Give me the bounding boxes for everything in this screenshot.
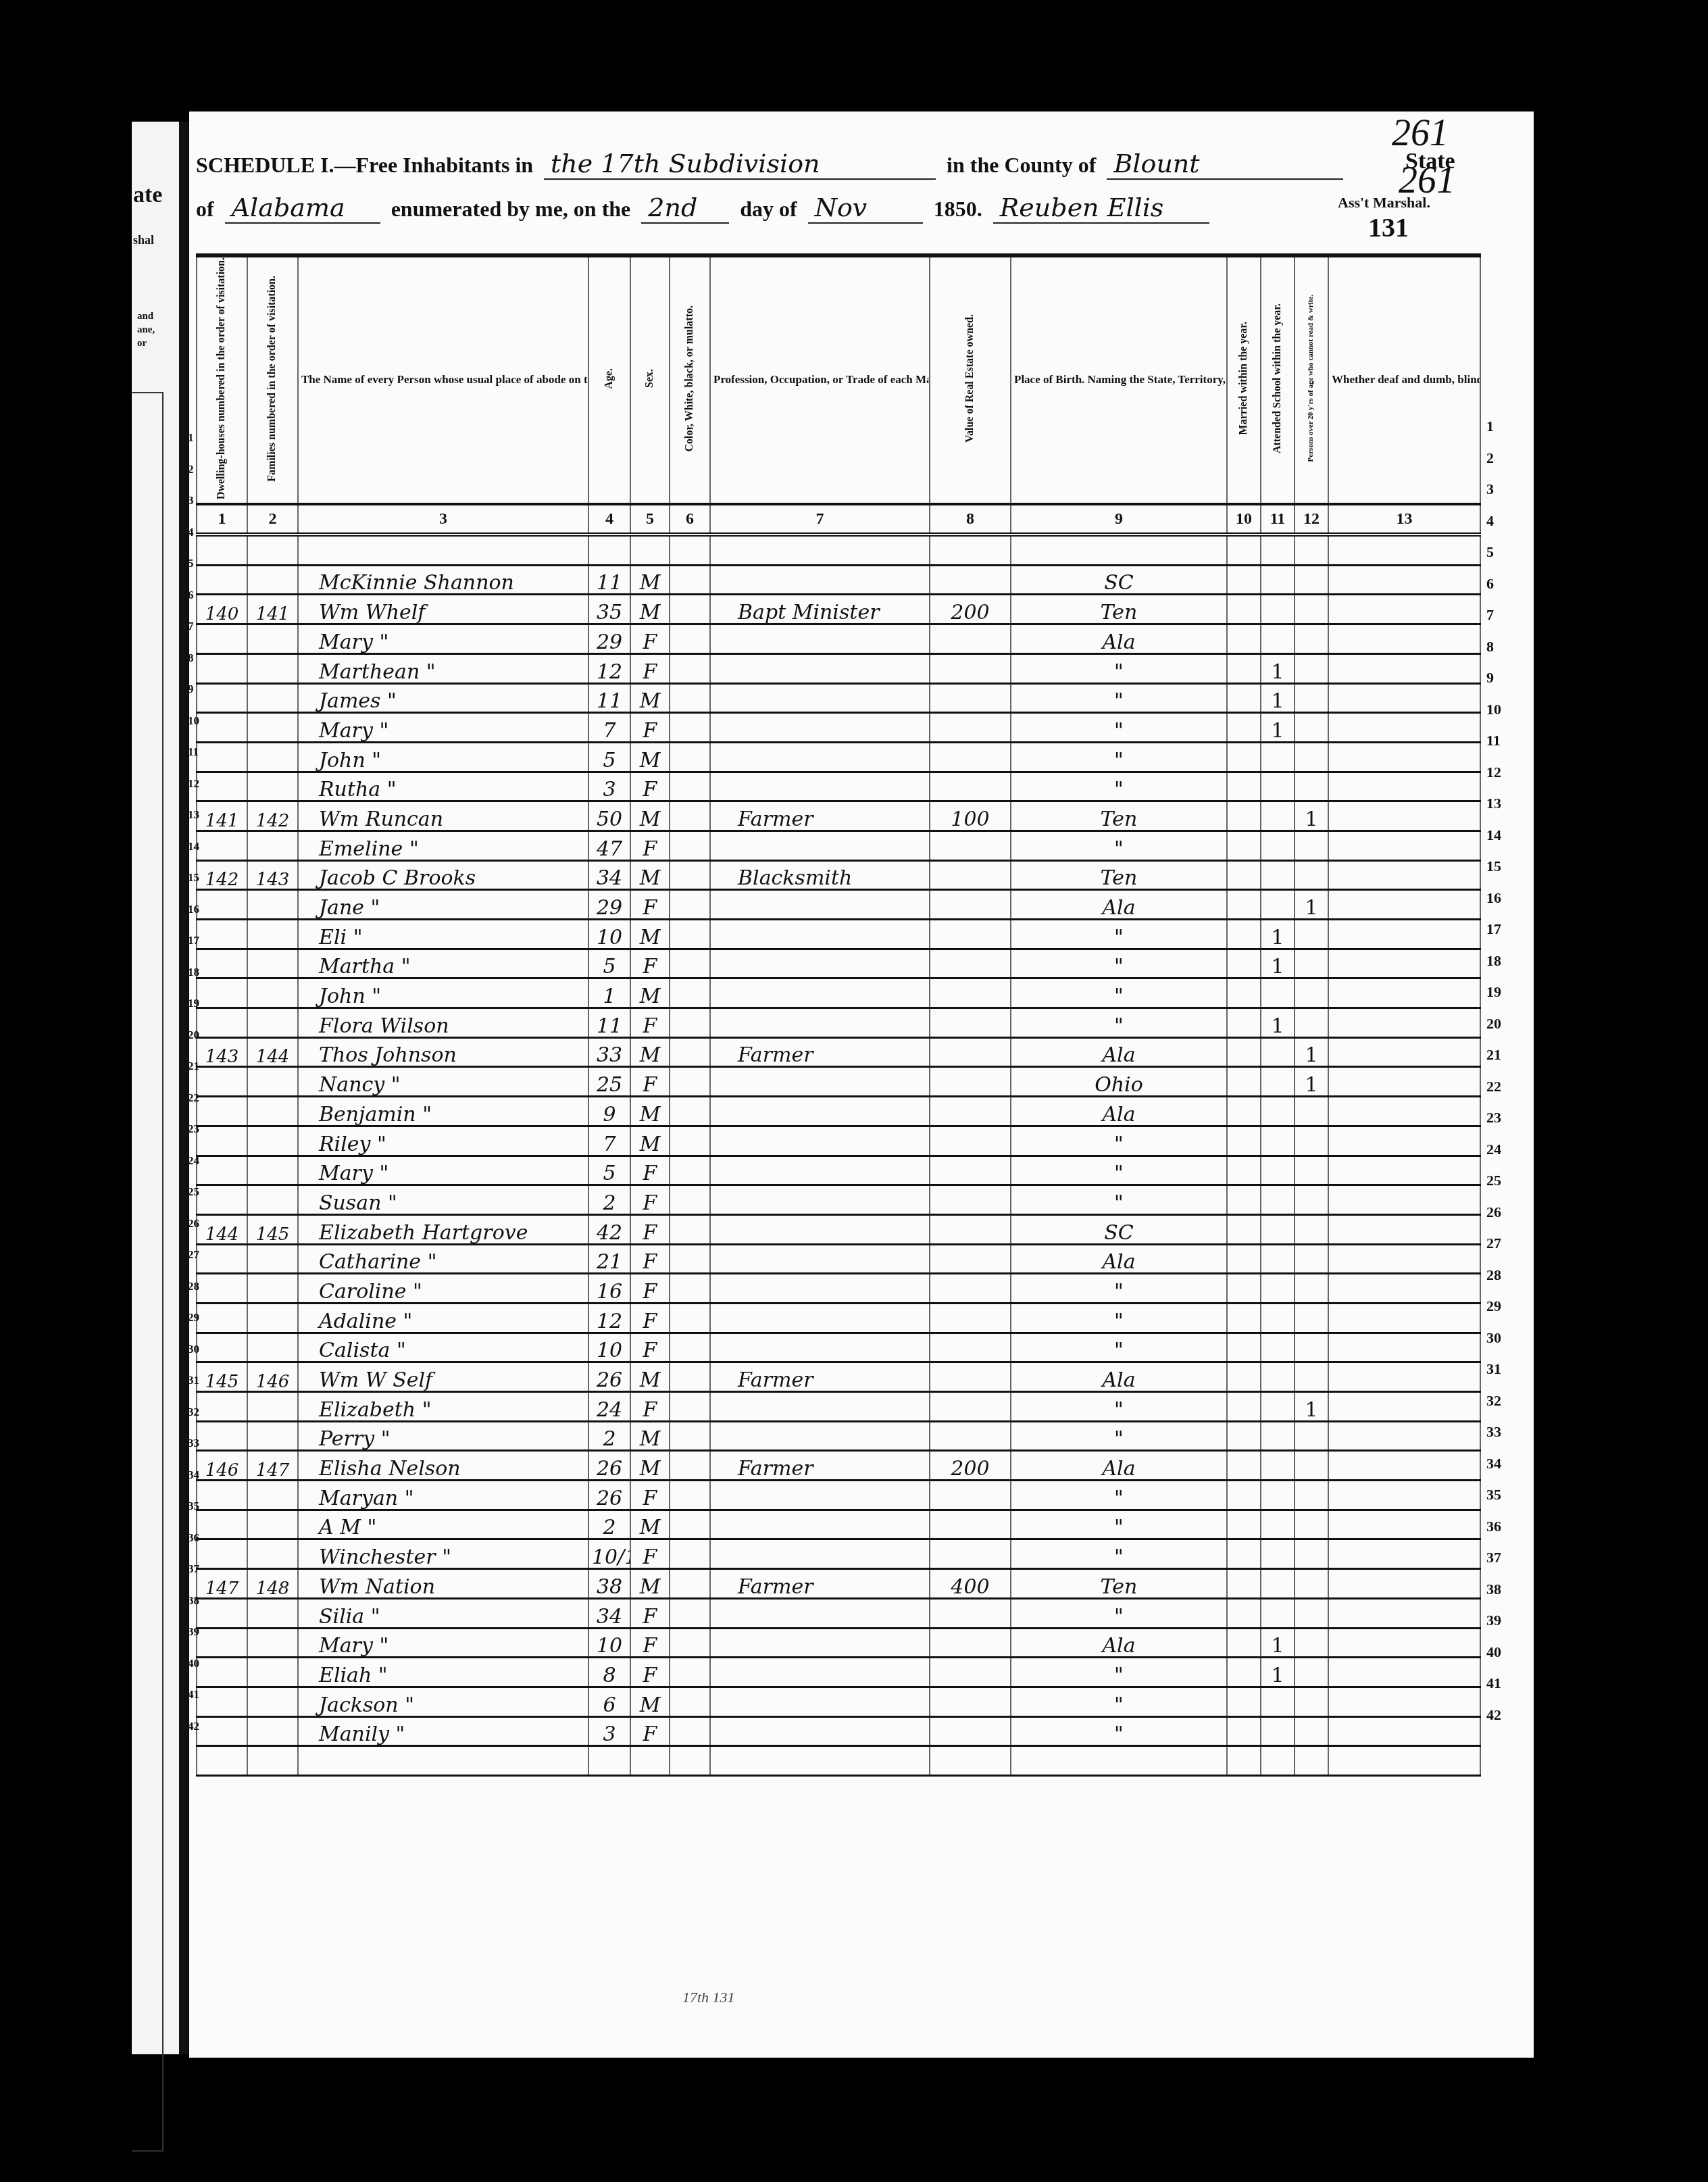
table-row xyxy=(197,535,1480,565)
condition xyxy=(1328,1687,1480,1716)
condition xyxy=(1328,1392,1480,1422)
married-mark xyxy=(1227,890,1261,920)
condition xyxy=(1328,949,1480,978)
dwelling-number xyxy=(197,742,247,772)
real-estate-value xyxy=(930,713,1011,743)
county-field: Blount xyxy=(1107,149,1343,180)
line-number-left: 38 xyxy=(188,1594,197,1608)
birthplace: " xyxy=(1011,713,1227,743)
col-header-age: Age. xyxy=(588,255,630,504)
illiterate-mark xyxy=(1295,1598,1328,1628)
line-number-right: 2 xyxy=(1486,449,1494,467)
person-name: Jackson " xyxy=(298,1687,588,1716)
married-mark xyxy=(1227,624,1261,654)
person-name: Elizabeth " xyxy=(298,1392,588,1422)
line-number-right: 19 xyxy=(1486,983,1501,1001)
line-number-left: 19 xyxy=(188,997,197,1010)
illiterate-mark xyxy=(1295,1421,1328,1451)
line-number-left: 8 xyxy=(188,651,197,665)
occupation: Blacksmith xyxy=(710,860,930,890)
family-number xyxy=(247,1156,298,1185)
illiterate-mark xyxy=(1295,653,1328,683)
line-number-left: 32 xyxy=(188,1406,197,1419)
illiterate-mark xyxy=(1295,1156,1328,1185)
age: 6 xyxy=(588,1687,630,1716)
family-number xyxy=(247,1008,298,1038)
school-mark: 1 xyxy=(1261,653,1295,683)
line-number-left: 16 xyxy=(188,903,197,916)
line-number-right: 5 xyxy=(1486,543,1494,561)
age: 12 xyxy=(588,653,630,683)
family-number xyxy=(247,949,298,978)
color xyxy=(670,978,710,1008)
real-estate-value xyxy=(930,1097,1011,1126)
sex: M xyxy=(630,1126,670,1156)
real-estate-value xyxy=(930,920,1011,949)
table-row: 141142Wm Runcan50MFarmer100Ten1 xyxy=(197,801,1480,831)
enumerated-label: enumerated by me, on the xyxy=(391,197,631,221)
sex: M xyxy=(630,1037,670,1067)
line-number-left: 3 xyxy=(188,494,197,507)
occupation: Farmer xyxy=(710,1569,930,1599)
real-estate-value xyxy=(930,1716,1011,1746)
table-row: Eli "10M"1 xyxy=(197,920,1480,949)
color xyxy=(670,653,710,683)
line-number-left: 20 xyxy=(188,1028,197,1042)
occupation xyxy=(710,1214,930,1244)
birthplace: SC xyxy=(1011,1214,1227,1244)
birthplace: Ala xyxy=(1011,1451,1227,1481)
real-estate-value xyxy=(930,1539,1011,1569)
illiterate-mark xyxy=(1295,1126,1328,1156)
person-name: Mary " xyxy=(298,1628,588,1658)
birthplace: " xyxy=(1011,1274,1227,1304)
line-number-left: 41 xyxy=(188,1688,197,1702)
person-name: Emeline " xyxy=(298,830,588,860)
line-number-right: 1 xyxy=(1486,418,1494,435)
line-number-right: 39 xyxy=(1486,1612,1501,1629)
school-mark xyxy=(1261,801,1295,831)
color xyxy=(670,713,710,743)
occupation xyxy=(710,1274,930,1304)
person-name xyxy=(298,535,588,565)
age: 29 xyxy=(588,624,630,654)
family-number xyxy=(247,565,298,595)
age: 42 xyxy=(588,1214,630,1244)
color xyxy=(670,1244,710,1274)
col-num: 5 xyxy=(630,504,670,535)
line-number-left: 35 xyxy=(188,1499,197,1513)
color xyxy=(670,1598,710,1628)
age: 50 xyxy=(588,801,630,831)
school-mark xyxy=(1261,890,1295,920)
sex xyxy=(630,1746,670,1776)
color xyxy=(670,1451,710,1481)
sex: F xyxy=(630,1214,670,1244)
illiterate-mark xyxy=(1295,1362,1328,1392)
line-number-left: 7 xyxy=(188,620,197,633)
line-number-left: 30 xyxy=(188,1343,197,1356)
table-row: Mary "29FAla xyxy=(197,624,1480,654)
line-number-right: 10 xyxy=(1486,701,1501,718)
line-number-right: 32 xyxy=(1486,1392,1501,1410)
age: 26 xyxy=(588,1362,630,1392)
condition xyxy=(1328,1481,1480,1510)
line-number-left: 15 xyxy=(188,871,197,885)
line-number-left: 28 xyxy=(188,1280,197,1293)
condition xyxy=(1328,1333,1480,1362)
birthplace: " xyxy=(1011,1333,1227,1362)
line-number-right: 6 xyxy=(1486,575,1494,593)
line-number-right: 29 xyxy=(1486,1297,1501,1315)
school-mark xyxy=(1261,1421,1295,1451)
sex: M xyxy=(630,683,670,713)
married-mark xyxy=(1227,1097,1261,1126)
condition xyxy=(1328,801,1480,831)
birthplace: " xyxy=(1011,1510,1227,1539)
col-header-name: The Name of every Person whose usual pla… xyxy=(298,255,588,504)
birthplace: " xyxy=(1011,1598,1227,1628)
occupation xyxy=(710,624,930,654)
family-number xyxy=(247,624,298,654)
birthplace: " xyxy=(1011,1126,1227,1156)
line-number-left: 42 xyxy=(188,1720,197,1733)
dwelling-number xyxy=(197,653,247,683)
illiterate-mark: 1 xyxy=(1295,890,1328,920)
illiterate-mark xyxy=(1295,920,1328,949)
birthplace: Ohio xyxy=(1011,1067,1227,1097)
occupation xyxy=(710,1510,930,1539)
married-mark xyxy=(1227,1214,1261,1244)
census-table: Dwelling-houses numbered in the order of… xyxy=(196,253,1481,1777)
real-estate-value xyxy=(930,1185,1011,1215)
col-header-real-estate: Value of Real Estate owned. xyxy=(930,255,1011,504)
family-number: 141 xyxy=(247,595,298,624)
illiterate-mark xyxy=(1295,535,1328,565)
illiterate-mark xyxy=(1295,772,1328,801)
color xyxy=(670,801,710,831)
family-number xyxy=(247,1185,298,1215)
sex: M xyxy=(630,1687,670,1716)
table-row: Mary "10FAla1 xyxy=(197,1628,1480,1658)
line-number-left: 18 xyxy=(188,966,197,979)
real-estate-value xyxy=(930,1481,1011,1510)
person-name: Wm Whelf xyxy=(298,595,588,624)
real-estate-value xyxy=(930,830,1011,860)
color xyxy=(670,1510,710,1539)
married-mark xyxy=(1227,1244,1261,1274)
condition xyxy=(1328,624,1480,654)
condition xyxy=(1328,1569,1480,1599)
color xyxy=(670,949,710,978)
dwelling-number xyxy=(197,1746,247,1776)
married-mark xyxy=(1227,1126,1261,1156)
color xyxy=(670,565,710,595)
color xyxy=(670,1687,710,1716)
prev-page-note: ane, xyxy=(137,324,155,336)
school-mark: 1 xyxy=(1261,949,1295,978)
schedule-title-line: SCHEDULE I.—Free Inhabitants in the 17th… xyxy=(196,149,1349,180)
condition xyxy=(1328,1156,1480,1185)
occupation xyxy=(710,1539,930,1569)
year-label: 1850. xyxy=(934,197,982,221)
family-number xyxy=(247,1687,298,1716)
line-number-right: 37 xyxy=(1486,1549,1501,1566)
occupation xyxy=(710,1687,930,1716)
age: 11 xyxy=(588,683,630,713)
school-mark xyxy=(1261,624,1295,654)
real-estate-value xyxy=(930,890,1011,920)
family-number xyxy=(247,1421,298,1451)
table-row: McKinnie Shannon11MSC xyxy=(197,565,1480,595)
color xyxy=(670,1628,710,1658)
line-number-right: 21 xyxy=(1486,1046,1501,1064)
family-number xyxy=(247,772,298,801)
condition xyxy=(1328,742,1480,772)
line-number-right: 35 xyxy=(1486,1486,1501,1504)
school-mark xyxy=(1261,1687,1295,1716)
col-header-illiterate: Persons over 20 y'rs of age who cannot r… xyxy=(1295,255,1328,504)
family-number xyxy=(247,653,298,683)
footer-note: 17th 131 xyxy=(682,1989,735,2006)
sex: F xyxy=(630,1539,670,1569)
school-mark xyxy=(1261,1510,1295,1539)
married-mark xyxy=(1227,1185,1261,1215)
occupation xyxy=(710,1628,930,1658)
line-number-right: 14 xyxy=(1486,826,1501,844)
real-estate-value xyxy=(930,653,1011,683)
married-mark xyxy=(1227,920,1261,949)
real-estate-value: 200 xyxy=(930,1451,1011,1481)
age: 2 xyxy=(588,1185,630,1215)
color xyxy=(670,1333,710,1362)
occupation xyxy=(710,978,930,1008)
color xyxy=(670,535,710,565)
family-number xyxy=(247,1097,298,1126)
sheet-number: 131 xyxy=(1368,212,1409,243)
real-estate-value xyxy=(930,683,1011,713)
family-number xyxy=(247,1333,298,1362)
line-number-left: 40 xyxy=(188,1657,197,1670)
line-number-right: 16 xyxy=(1486,889,1501,907)
family-number xyxy=(247,1658,298,1687)
person-name: Eliah " xyxy=(298,1658,588,1687)
line-number-right: 7 xyxy=(1486,606,1494,624)
married-mark xyxy=(1227,830,1261,860)
occupation xyxy=(710,1481,930,1510)
school-mark xyxy=(1261,742,1295,772)
condition xyxy=(1328,1303,1480,1333)
color xyxy=(670,624,710,654)
occupation xyxy=(710,949,930,978)
sex: M xyxy=(630,1421,670,1451)
school-mark xyxy=(1261,1126,1295,1156)
table-row: Marthean "12F"1 xyxy=(197,653,1480,683)
color xyxy=(670,1658,710,1687)
dwelling-number xyxy=(197,1510,247,1539)
illiterate-mark xyxy=(1295,624,1328,654)
subdivision-field: the 17th Subdivision xyxy=(544,149,936,180)
line-number-right: 3 xyxy=(1486,480,1494,498)
married-mark xyxy=(1227,1716,1261,1746)
table-row: 140141Wm Whelf35MBapt Minister200Ten xyxy=(197,595,1480,624)
age: 34 xyxy=(588,1598,630,1628)
real-estate-value: 200 xyxy=(930,595,1011,624)
dwelling-number xyxy=(197,1598,247,1628)
occupation xyxy=(710,1097,930,1126)
occupation xyxy=(710,920,930,949)
condition xyxy=(1328,535,1480,565)
married-mark xyxy=(1227,1598,1261,1628)
line-number-right: 9 xyxy=(1486,669,1494,687)
line-number-left: 37 xyxy=(188,1562,197,1576)
line-number-right: 11 xyxy=(1486,732,1501,749)
occupation xyxy=(710,830,930,860)
census-rows: McKinnie Shannon11MSC140141Wm Whelf35MBa… xyxy=(197,535,1480,1775)
dwelling-number xyxy=(197,1628,247,1658)
person-name: Mary " xyxy=(298,1156,588,1185)
sex: F xyxy=(630,1628,670,1658)
column-number-row: 1 2 3 4 5 6 7 8 9 10 11 12 13 xyxy=(197,504,1480,535)
table-row: Catharine "21FAla xyxy=(197,1244,1480,1274)
sex: M xyxy=(630,860,670,890)
illiterate-mark xyxy=(1295,1097,1328,1126)
person-name: Susan " xyxy=(298,1185,588,1215)
condition xyxy=(1328,920,1480,949)
family-number xyxy=(247,535,298,565)
person-name: Maryan " xyxy=(298,1481,588,1510)
illiterate-mark xyxy=(1295,1658,1328,1687)
condition xyxy=(1328,830,1480,860)
birthplace: SC xyxy=(1011,565,1227,595)
dwelling-number xyxy=(197,772,247,801)
age: 7 xyxy=(588,713,630,743)
family-number xyxy=(247,1303,298,1333)
condition xyxy=(1328,1214,1480,1244)
dwelling-number xyxy=(197,1481,247,1510)
family-number xyxy=(247,1510,298,1539)
person-name: Martha " xyxy=(298,949,588,978)
table-row: John "1M" xyxy=(197,978,1480,1008)
real-estate-value xyxy=(930,1037,1011,1067)
age: 5 xyxy=(588,742,630,772)
person-name: Adaline " xyxy=(298,1303,588,1333)
line-number-left: 27 xyxy=(188,1248,197,1262)
married-mark xyxy=(1227,1067,1261,1097)
family-number xyxy=(247,890,298,920)
person-name: John " xyxy=(298,978,588,1008)
col-header-married: Married within the year. xyxy=(1227,255,1261,504)
enumeration-line: of Alabama enumerated by me, on the 2nd … xyxy=(196,193,1215,224)
marshal-name-field: Reuben Ellis xyxy=(993,193,1209,224)
married-mark xyxy=(1227,535,1261,565)
birthplace xyxy=(1011,535,1227,565)
married-mark xyxy=(1227,565,1261,595)
real-estate-value xyxy=(930,860,1011,890)
family-number xyxy=(247,742,298,772)
real-estate-value xyxy=(930,1126,1011,1156)
sex xyxy=(630,535,670,565)
condition xyxy=(1328,1421,1480,1451)
dwelling-number xyxy=(197,1185,247,1215)
table-row: Eliah "8F"1 xyxy=(197,1658,1480,1687)
table-row: Manily "3F" xyxy=(197,1716,1480,1746)
occupation xyxy=(710,1746,930,1776)
dwelling-number: 146 xyxy=(197,1451,247,1481)
person-name: Riley " xyxy=(298,1126,588,1156)
marshal-label: Ass't Marshal. xyxy=(1338,194,1430,212)
person-name: A M " xyxy=(298,1510,588,1539)
table-row: 147148Wm Nation38MFarmer400Ten xyxy=(197,1569,1480,1599)
birthplace: " xyxy=(1011,683,1227,713)
line-number-right: 28 xyxy=(1486,1266,1501,1284)
birthplace: Ala xyxy=(1011,1097,1227,1126)
birthplace: " xyxy=(1011,1539,1227,1569)
age xyxy=(588,1746,630,1776)
birthplace: " xyxy=(1011,949,1227,978)
school-mark: 1 xyxy=(1261,920,1295,949)
family-number xyxy=(247,1244,298,1274)
line-number-right: 30 xyxy=(1486,1329,1501,1347)
school-mark: 1 xyxy=(1261,683,1295,713)
married-mark xyxy=(1227,1658,1261,1687)
dwelling-number xyxy=(197,1156,247,1185)
school-mark xyxy=(1261,1746,1295,1776)
school-mark xyxy=(1261,978,1295,1008)
occupation xyxy=(710,1716,930,1746)
birthplace: Ala xyxy=(1011,1362,1227,1392)
occupation xyxy=(710,1333,930,1362)
col-num: 8 xyxy=(930,504,1011,535)
family-number xyxy=(247,1746,298,1776)
table-row: Martha "5F"1 xyxy=(197,949,1480,978)
family-number xyxy=(247,978,298,1008)
married-mark xyxy=(1227,772,1261,801)
school-mark xyxy=(1261,565,1295,595)
real-estate-value xyxy=(930,1421,1011,1451)
illiterate-mark xyxy=(1295,1510,1328,1539)
sex: M xyxy=(630,1362,670,1392)
school-mark xyxy=(1261,1037,1295,1067)
table-row: 145146Wm W Self26MFarmerAla xyxy=(197,1362,1480,1392)
real-estate-value xyxy=(930,1392,1011,1422)
dwelling-number: 141 xyxy=(197,801,247,831)
occupation xyxy=(710,1421,930,1451)
line-number-right: 33 xyxy=(1486,1423,1501,1441)
birthplace: " xyxy=(1011,920,1227,949)
birthplace: " xyxy=(1011,1716,1227,1746)
school-mark xyxy=(1261,1362,1295,1392)
of-label: of xyxy=(196,197,214,221)
family-number: 148 xyxy=(247,1569,298,1599)
sex: M xyxy=(630,1097,670,1126)
table-row: Susan "2F" xyxy=(197,1185,1480,1215)
condition xyxy=(1328,1274,1480,1304)
birthplace: Ala xyxy=(1011,1037,1227,1067)
real-estate-value xyxy=(930,1303,1011,1333)
occupation xyxy=(710,1392,930,1422)
birthplace: Ala xyxy=(1011,890,1227,920)
person-name: Elisha Nelson xyxy=(298,1451,588,1481)
illiterate-mark xyxy=(1295,1687,1328,1716)
school-mark xyxy=(1261,1156,1295,1185)
age: 25 xyxy=(588,1067,630,1097)
color xyxy=(670,890,710,920)
family-number: 147 xyxy=(247,1451,298,1481)
real-estate-value xyxy=(930,1333,1011,1362)
occupation xyxy=(710,1598,930,1628)
occupation xyxy=(710,772,930,801)
